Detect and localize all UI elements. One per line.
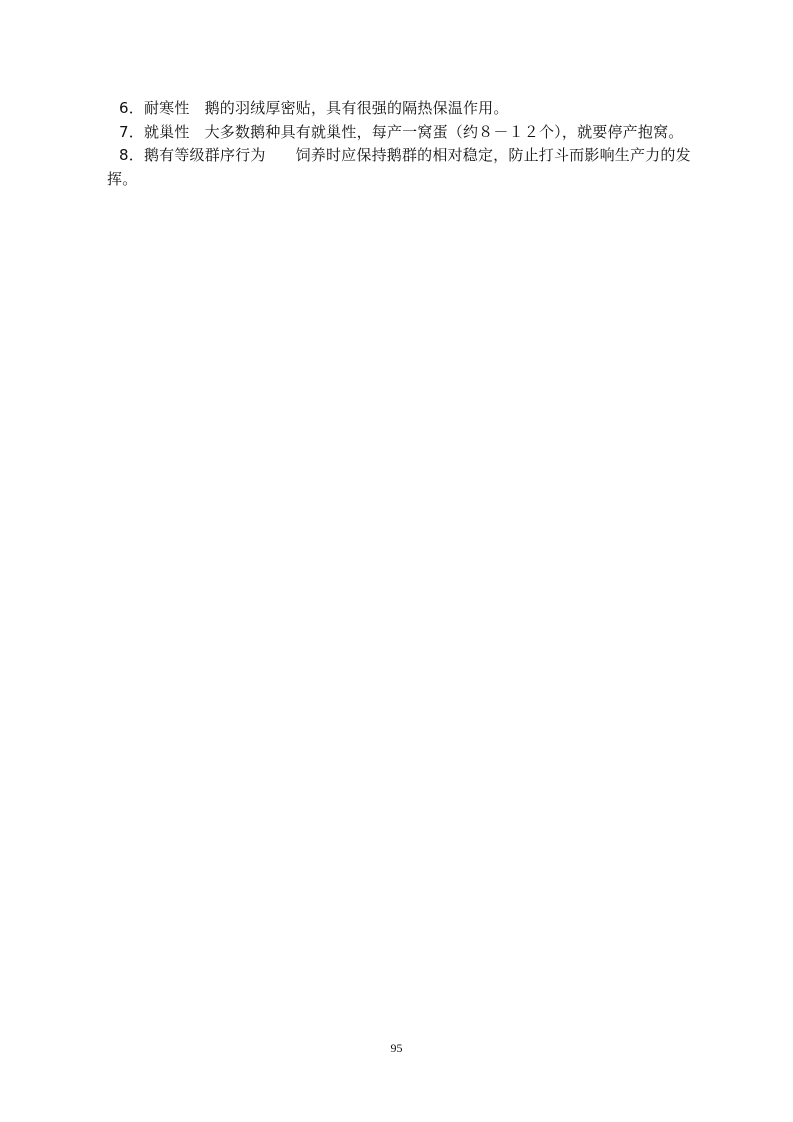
paragraph-hierarchy: 8．鹅有等级群序行为饲养时应保持鹅群的相对稳定，防止打斗而影响生产力的发挥。 xyxy=(107,144,692,191)
document-body: 6．耐寒性鹅的羽绒厚密贴，具有很强的隔热保温作用。 7．就巢性大多数鹅种具有就巢… xyxy=(107,97,692,191)
item-number: 7． xyxy=(119,123,144,141)
item-number: 6． xyxy=(119,99,144,117)
paragraph-broodiness: 7．就巢性大多数鹅种具有就巢性，每产一窝蛋（约８－１２个），就要停产抱窝。 xyxy=(107,121,692,145)
document-page: 6．耐寒性鹅的羽绒厚密贴，具有很强的隔热保温作用。 7．就巢性大多数鹅种具有就巢… xyxy=(0,0,793,1122)
item-body: 鹅的羽绒厚密贴，具有很强的隔热保温作用。 xyxy=(205,99,509,117)
paragraph-cold-resistance: 6．耐寒性鹅的羽绒厚密贴，具有很强的隔热保温作用。 xyxy=(107,97,692,121)
page-number: 95 xyxy=(0,1041,793,1056)
item-title: 耐寒性 xyxy=(144,99,190,117)
item-title: 就巢性 xyxy=(144,123,190,141)
item-title: 鹅有等级群序行为 xyxy=(144,146,266,164)
item-number: 8． xyxy=(119,146,144,164)
item-body: 大多数鹅种具有就巢性，每产一窝蛋（约８－１２个），就要停产抱窝。 xyxy=(205,123,684,141)
